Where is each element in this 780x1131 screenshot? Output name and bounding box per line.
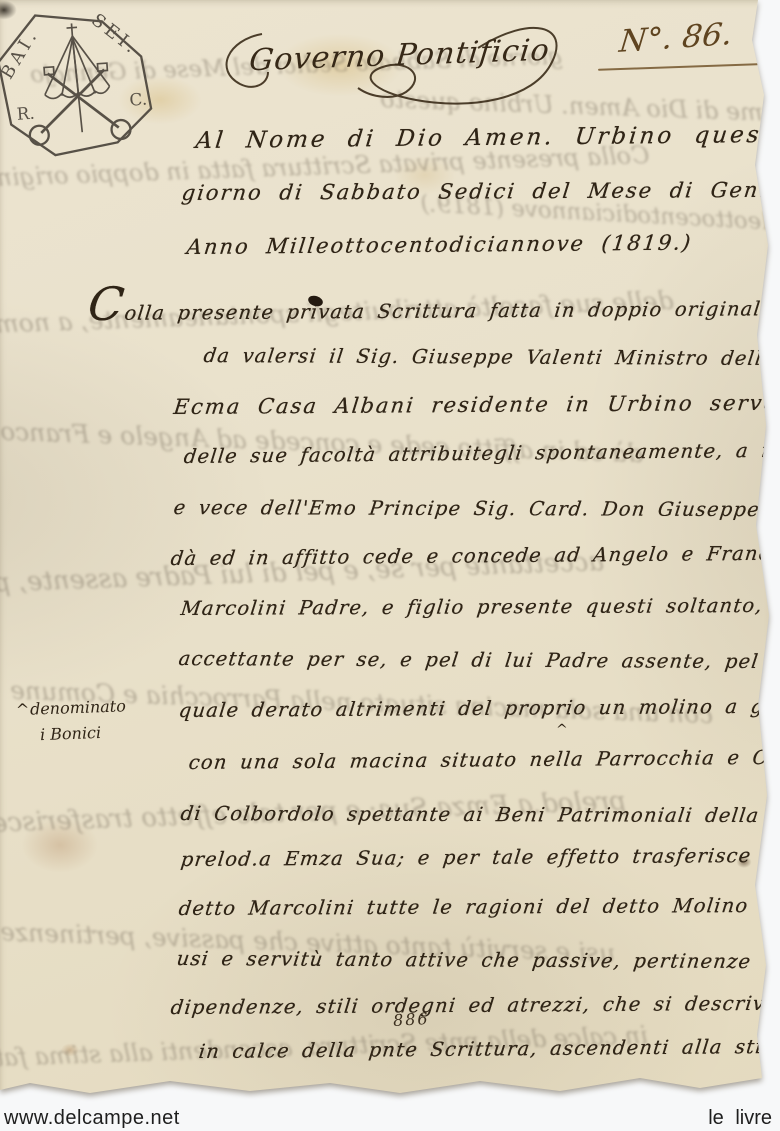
stamp-arc-text-left: BAI. — [0, 25, 43, 83]
number-underline — [598, 63, 758, 71]
manuscript-line: dipendenze, stili ordegni ed atrezzi, ch… — [170, 993, 780, 1017]
manuscript-line: dà ed in affitto cede e concede ad Angel… — [170, 544, 780, 569]
interline-annotation: 886 — [393, 1009, 430, 1030]
papal-revenue-stamp: BAI. SEI. R. C. — [0, 0, 169, 169]
margin-note-line1: denominato — [30, 698, 126, 717]
manuscript-line: prelod.a Emza Sua; e per tale effetto tr… — [180, 846, 780, 870]
manuscript-page: giorno di Sabbato Sedici del Mese di Gen… — [0, 0, 780, 1131]
manuscript-line: Anno Milleottocentodiciannove (1819.) — [186, 233, 694, 258]
paper-shadow-wrap: giorno di Sabbato Sedici del Mese di Gen… — [0, 0, 780, 1131]
margin-note-line2: i Bonici — [40, 725, 102, 743]
crossed-keys-icon — [25, 62, 131, 145]
manuscript-line: accettante per se, e pel di lui Padre as… — [178, 649, 761, 672]
manuscript-line: di Colbordolo spettante ai Beni Patrimon… — [180, 804, 761, 826]
manuscript-line: quale derato altrimenti del proprio un m… — [178, 697, 780, 721]
bleed-through-text: Al Nome di Dio Amen. Urbino questo — [380, 87, 780, 127]
scanned-manuscript: giorno di Sabbato Sedici del Mese di Gen… — [0, 0, 780, 1131]
manuscript-line: usi e servitù tanto attive che passive, … — [176, 949, 753, 972]
insertion-caret: ^ — [556, 722, 568, 738]
watermark-caption: le livre — [708, 1106, 772, 1130]
manuscript-line: in calce della pnte Scrittura, ascendent… — [198, 1036, 780, 1061]
manuscript-line: Al Nome di Dio Amen. Urbino questo — [194, 124, 780, 153]
manuscript-line: con una sola macina situato nella Parroc… — [188, 747, 780, 772]
manuscript-line: giorno di Sabbato Sedici del Mese di Gen… — [181, 180, 780, 204]
watermark-url: www.delcampe.net — [4, 1106, 180, 1130]
papal-umbrella-icon — [40, 21, 113, 134]
manuscript-line: Ecma Casa Albani residente in Urbino ser… — [173, 392, 780, 418]
manuscript-line: delle sue facoltà attribuitegli spontane… — [183, 440, 780, 466]
manuscript-line: Marcolini Padre, e figlio presente quest… — [180, 596, 780, 619]
document-number: N°. 86. — [618, 16, 735, 60]
manuscript-line: e vece dell'Emo Principe Sig. Card. Don … — [173, 498, 780, 520]
margin-note-mark: ^ — [16, 702, 30, 718]
stamp-letter-right: C. — [129, 89, 148, 110]
manuscript-line: Colla presente privata Scrittura fatta i… — [86, 287, 776, 323]
manuscript-line: detto Marcolini tutte le ragioni del det… — [178, 896, 750, 918]
stamp-arc-text-right: SEI. — [87, 10, 143, 60]
stamp-letter-left: R. — [16, 103, 35, 124]
manuscript-line: da valersi il Sig. Giuseppe Valenti Mini… — [203, 346, 777, 368]
